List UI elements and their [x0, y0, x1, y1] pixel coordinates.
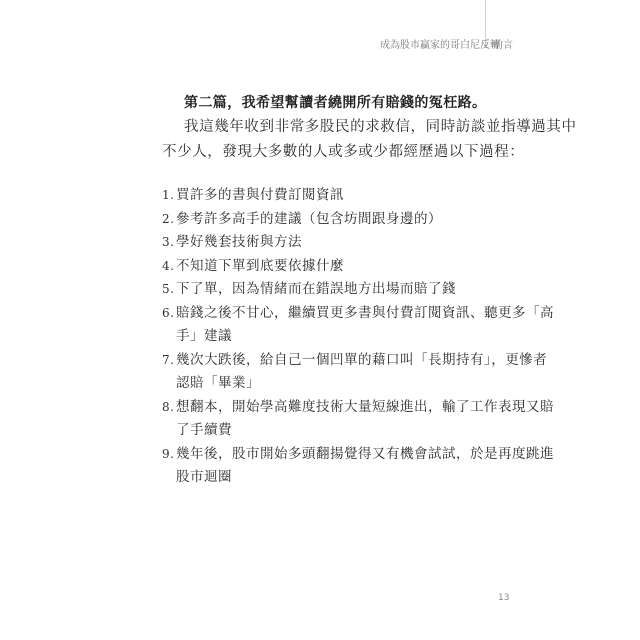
- list-text: 幾次大跌後，給自己一個凹單的藉口叫「長期持有」，更慘者: [176, 349, 547, 373]
- list-item: 3.學好幾套技術與方法: [162, 231, 554, 255]
- list-item-continuation: 股市迴圈: [162, 466, 554, 490]
- list-text: 買許多的書與付費訂閱資訊: [176, 184, 344, 208]
- list-number: 4.: [162, 255, 176, 279]
- list-text: 了手續費: [176, 419, 232, 443]
- list-item: 9.幾年後，股市開始多頭翻揚覺得又有機會試試，於是再度跳進: [162, 443, 554, 467]
- running-header-book-title: 成為股市贏家的哥白尼反轉: [380, 36, 500, 51]
- list-number: 9.: [162, 443, 176, 467]
- list-item-continuation: 認賠「畢業」: [162, 372, 554, 396]
- section-heading: 第二篇，我希望幫讀者繞開所有賠錢的冤枉路。: [184, 92, 486, 112]
- list-item-continuation: 手」建議: [162, 325, 554, 349]
- list-text: 下了單，因為情緒而在錯誤地方出場而賠了錢: [176, 278, 456, 302]
- list-text: 參考許多高手的建議（包含坊間跟身邊的）: [176, 208, 442, 232]
- list-number: 5.: [162, 278, 176, 302]
- list-text: 想翻本，開始學高難度技術大量短線進出，輸了工作表現又賠: [176, 396, 554, 420]
- intro-line-2: 不少人，發現大多數的人或多或少都經歷過以下過程：: [162, 140, 524, 161]
- running-header-section: 前言: [493, 36, 513, 51]
- list-text: 學好幾套技術與方法: [176, 231, 302, 255]
- intro-line-1: 我這幾年收到非常多股民的求救信，同時訪談並指導過其中: [184, 115, 577, 136]
- list-number: 8.: [162, 396, 176, 420]
- list-number: 7.: [162, 349, 176, 373]
- list-text: 幾年後，股市開始多頭翻揚覺得又有機會試試，於是再度跳進: [176, 443, 554, 467]
- list-item: 7.幾次大跌後，給自己一個凹單的藉口叫「長期持有」，更慘者: [162, 349, 554, 373]
- list-number: 6.: [162, 302, 176, 326]
- list-text: 不知道下單到底要依據什麼: [176, 255, 344, 279]
- list-text: 賠錢之後不甘心，繼續買更多書與付費訂閱資訊、聽更多「高: [176, 302, 554, 326]
- list-item: 5.下了單，因為情緒而在錯誤地方出場而賠了錢: [162, 278, 554, 302]
- process-list: 1.買許多的書與付費訂閱資訊 2.參考許多高手的建議（包含坊間跟身邊的） 3.學…: [162, 184, 554, 490]
- list-text: 股市迴圈: [176, 466, 232, 490]
- list-number: 2.: [162, 208, 176, 232]
- list-number: 3.: [162, 231, 176, 255]
- list-text: 手」建議: [176, 325, 232, 349]
- list-item: 1.買許多的書與付費訂閱資訊: [162, 184, 554, 208]
- list-item: 8.想翻本，開始學高難度技術大量短線進出，輸了工作表現又賠: [162, 396, 554, 420]
- list-item-continuation: 了手續費: [162, 419, 554, 443]
- page-number: 13: [498, 593, 509, 603]
- list-item: 6.賠錢之後不甘心，繼續買更多書與付費訂閱資訊、聽更多「高: [162, 302, 554, 326]
- list-text: 認賠「畢業」: [176, 372, 260, 396]
- list-number: 1.: [162, 184, 176, 208]
- list-item: 2.參考許多高手的建議（包含坊間跟身邊的）: [162, 208, 554, 232]
- list-item: 4.不知道下單到底要依據什麼: [162, 255, 554, 279]
- book-page: 成為股市贏家的哥白尼反轉 前言 第二篇，我希望幫讀者繞開所有賠錢的冤枉路。 我這…: [0, 0, 640, 640]
